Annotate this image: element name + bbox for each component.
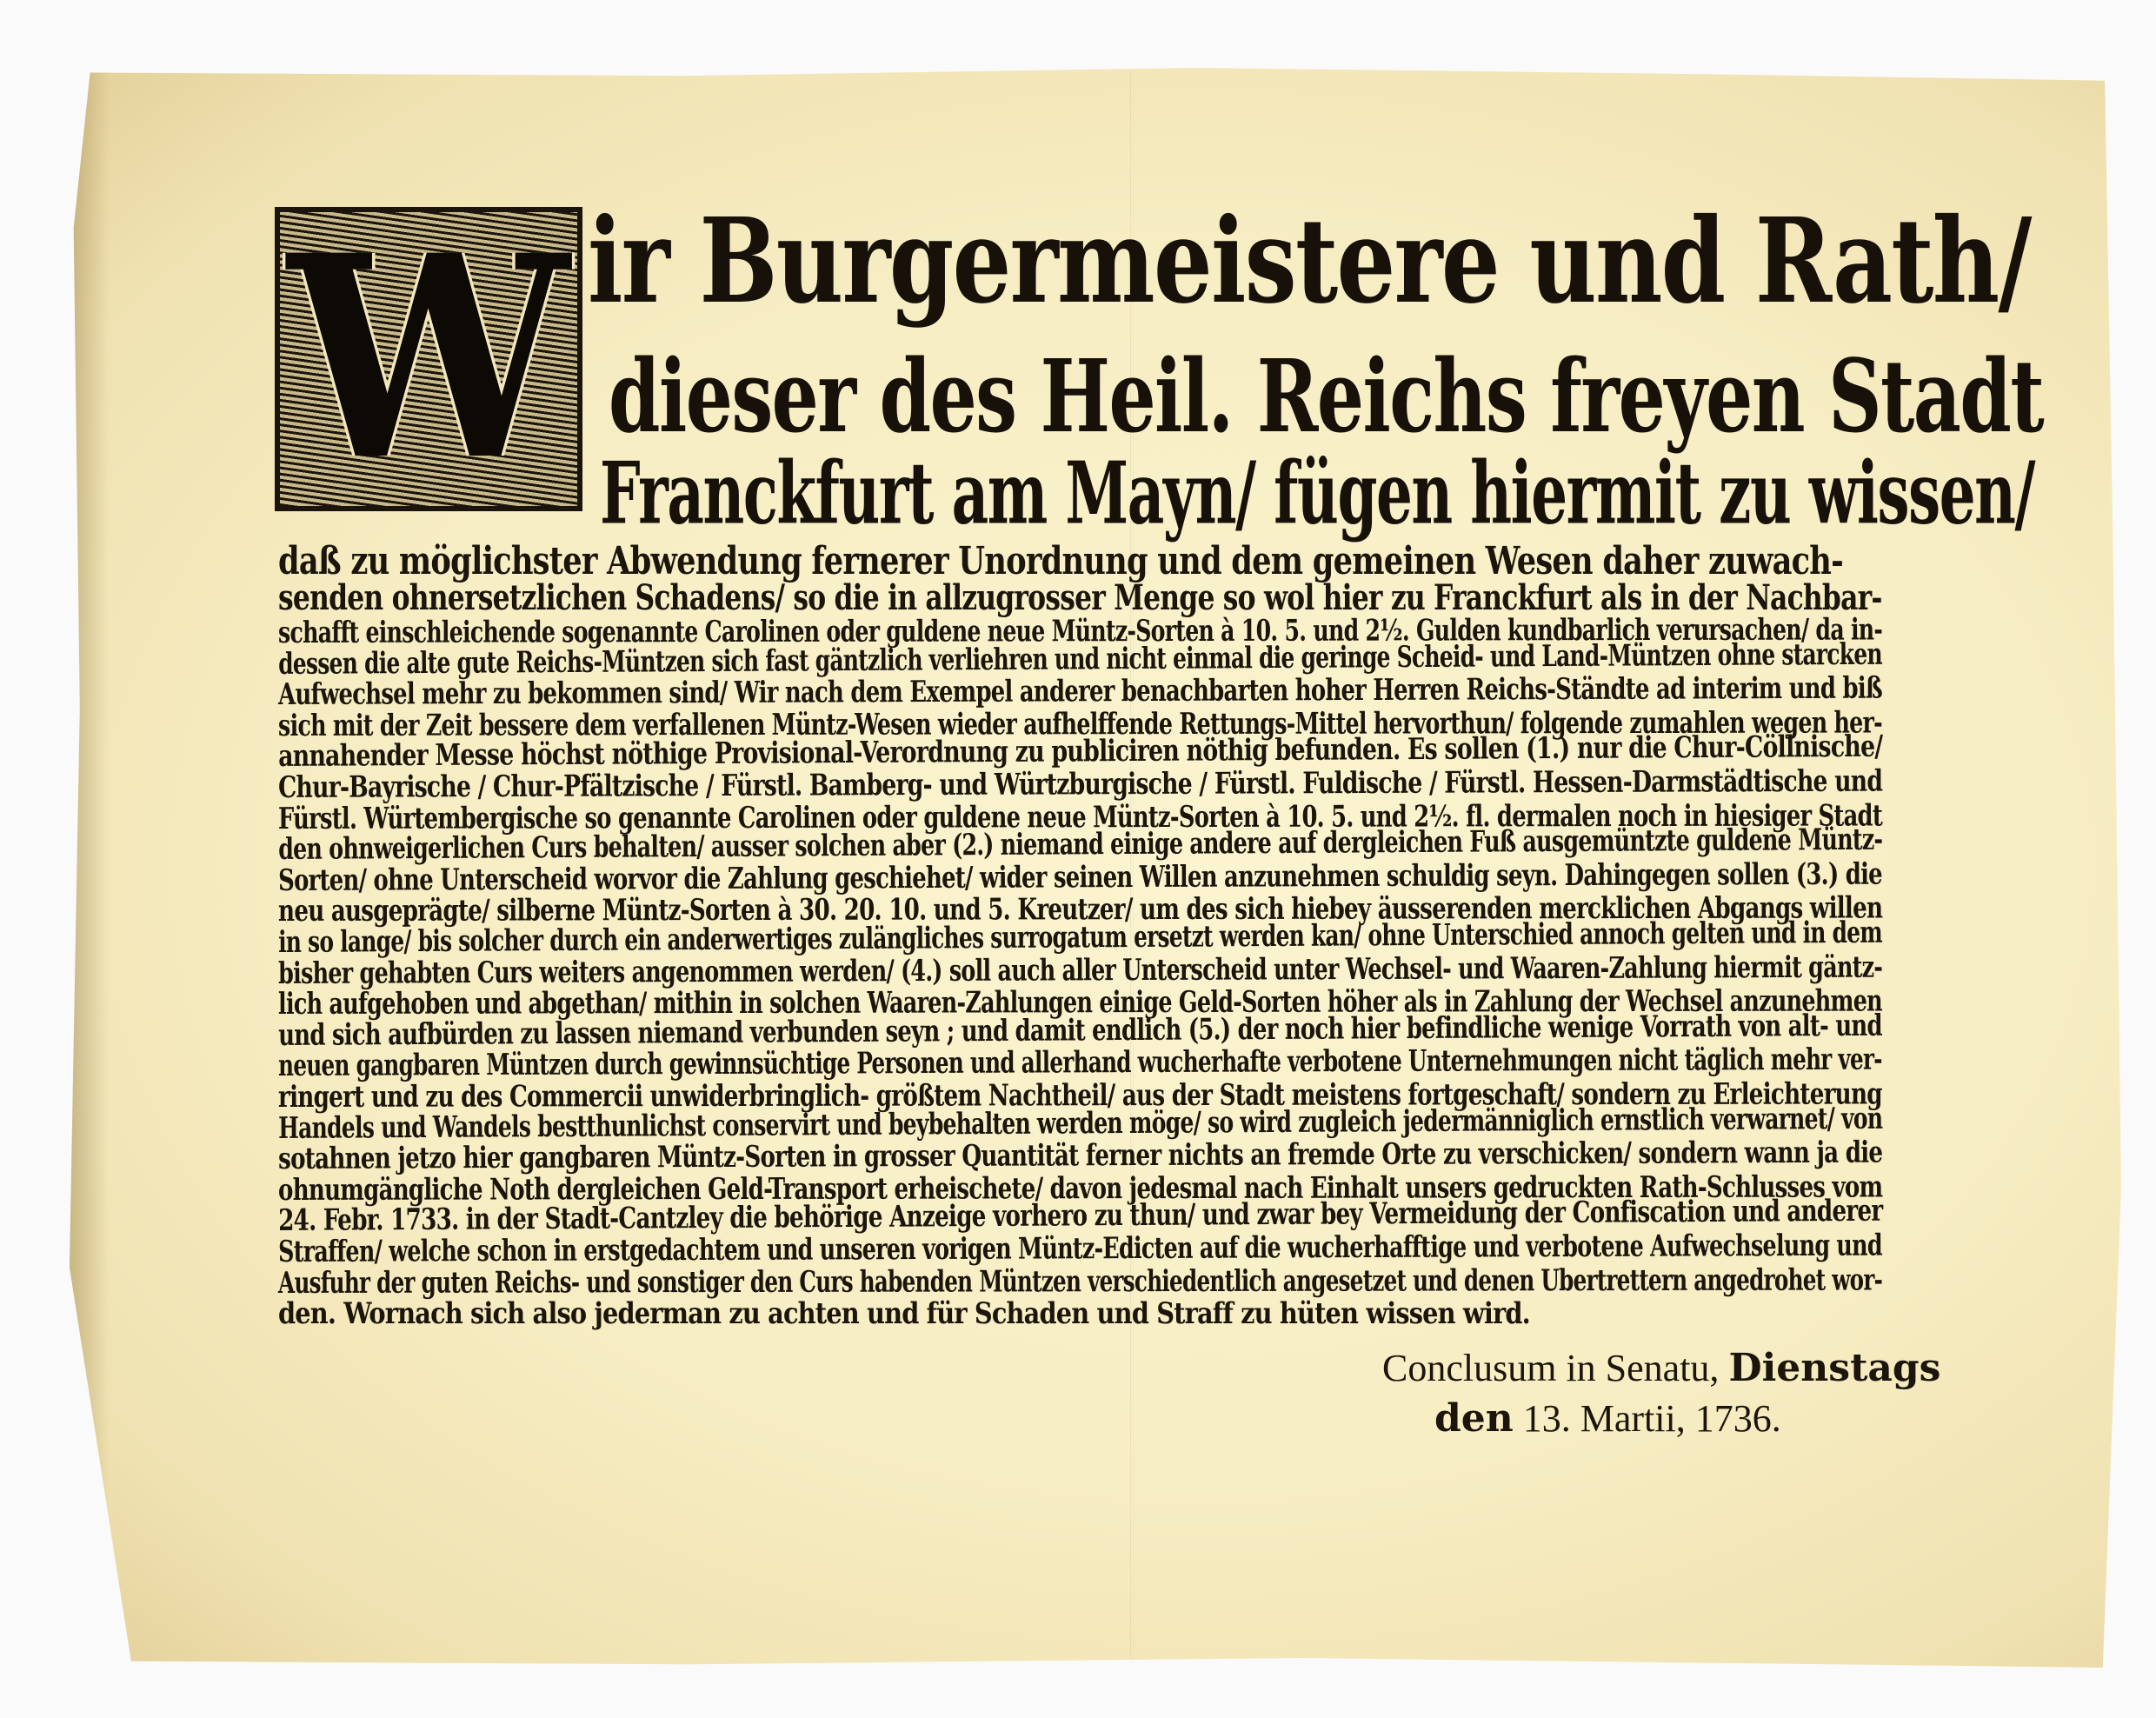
closing-weekday: Dienstags — [1728, 1346, 1940, 1390]
body-line: den. Wornach sich also jederman zu achte… — [278, 1296, 1530, 1331]
closing-line-2: den 13. Martii, 1736. — [1382, 1394, 1940, 1444]
headline-line-3: Franckfurt am Mayn/ fügen hiermit zu wis… — [600, 443, 2034, 544]
body-line: senden ohnersetzlichen Schadens/ so die … — [278, 577, 1882, 618]
closing-line-1: Conclusum in Senatu, Dienstags — [1382, 1343, 1940, 1394]
headline-line-2: dieser des Heil. Reichs freyen Stadt — [609, 337, 2043, 455]
closing-latin: Conclusum in Senatu, — [1382, 1347, 1719, 1389]
closing-den: den — [1434, 1396, 1514, 1441]
closing-date: 13. Martii, 1736. — [1523, 1397, 1781, 1440]
decorated-initial-woodcut: W — [275, 207, 582, 511]
closing-signature: Conclusum in Senatu, Dienstags den 13. M… — [1382, 1343, 1940, 1444]
body-line: Ausfuhr der guten Reichs- und sonstiger … — [278, 1262, 1882, 1301]
headline-line-1: ir Burgermeistere und Rath/ — [588, 193, 2031, 330]
initial-letter: W — [288, 220, 569, 498]
